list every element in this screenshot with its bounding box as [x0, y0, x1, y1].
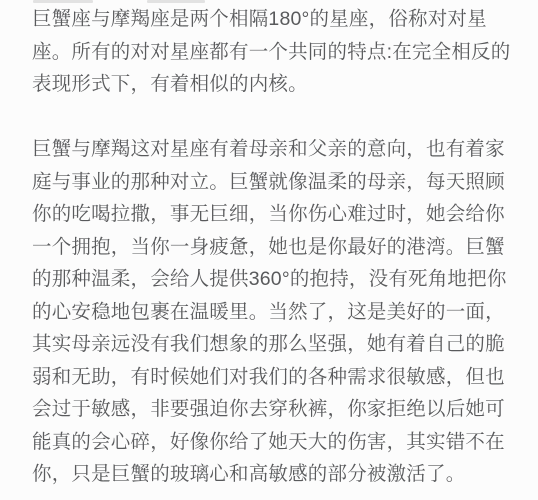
text-line: 巨蟹与摩羯这对星座有着母亲和父亲的意向，也有着家 [32, 133, 508, 166]
text-line: 一个拥抱，当你一身疲惫，她也是你最好的港湾。巨蟹 [32, 231, 508, 264]
text-line: 你，只是巨蟹的玻璃心和高敏感的部分被激活了。 [32, 458, 508, 491]
text-line: 弱和无助，有时候她们对我们的各种需求很敏感，但也 [32, 361, 508, 394]
paragraph-main: 巨蟹与摩羯这对星座有着母亲和父亲的意向，也有着家 庭与事业的那种对立。巨蟹就像温… [32, 133, 508, 491]
article-body: 巨蟹座与摩羯座是两个相隔180°的星座，俗称对对星 座。所有的对对星座都有一个共… [0, 0, 538, 491]
clipped-line-remnant [33, 0, 93, 3]
text-line: 能真的会心碎，好像你给了她天大的伤害，其实错不在 [32, 426, 508, 459]
text-line: 的那种温柔，会给人提供360°的抱持，没有死角地把你 [32, 263, 508, 296]
text-line: 你的吃喝拉撒，事无巨细，当你伤心难过时，她会给你 [32, 198, 508, 231]
text-line: 表现形式下，有着相似的内核。 [32, 68, 508, 101]
text-line: 巨蟹座与摩羯座是两个相隔180°的星座，俗称对对星 [32, 3, 508, 36]
paragraph-intro: 巨蟹座与摩羯座是两个相隔180°的星座，俗称对对星 座。所有的对对星座都有一个共… [32, 3, 508, 101]
text-line: 会过于敏感，非要强迫你去穿秋裤，你家拒绝以后她可 [32, 393, 508, 426]
clipped-line-remnant [147, 0, 205, 3]
text-line: 庭与事业的那种对立。巨蟹就像温柔的母亲，每天照顾 [32, 166, 508, 199]
text-line: 其实母亲远没有我们想象的那么坚强，她有着自己的脆 [32, 328, 508, 361]
text-line: 的心安稳地包裹在温暖里。当然了，这是美好的一面， [32, 296, 508, 329]
text-line: 座。所有的对对星座都有一个共同的特点:在完全相反的 [32, 36, 508, 69]
article-page: 巨蟹座与摩羯座是两个相隔180°的星座，俗称对对星 座。所有的对对星座都有一个共… [0, 0, 538, 500]
